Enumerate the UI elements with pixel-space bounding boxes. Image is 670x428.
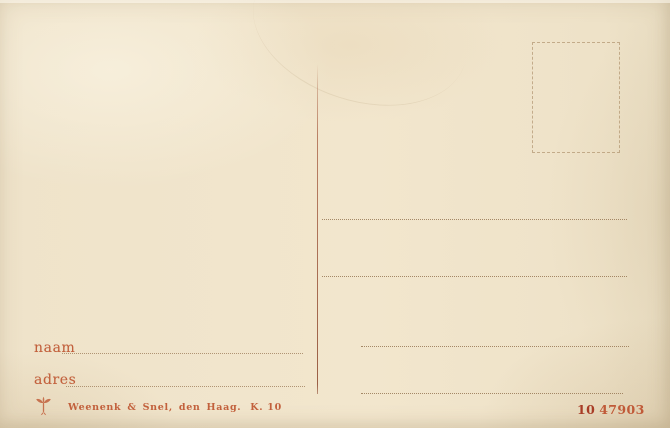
divider-line xyxy=(317,64,318,394)
adres-label: adres xyxy=(34,373,76,387)
address-line-1 xyxy=(322,219,627,220)
serial-prefix: 10 xyxy=(577,402,595,417)
adres-write-line xyxy=(66,386,305,387)
publisher-code: K. 10 xyxy=(250,403,282,413)
address-line-3 xyxy=(361,346,629,347)
publisher-name: Weenenk & Snel, den Haag. xyxy=(68,403,241,413)
serial-digits: 47903 xyxy=(599,402,645,417)
publisher-imprint: Weenenk & Snel, den Haag. K. 10 xyxy=(35,395,282,417)
serial-number: 1047903 xyxy=(577,404,645,417)
address-line-2 xyxy=(322,276,627,277)
weenenk-snel-monogram-icon xyxy=(35,396,52,416)
paper-crease xyxy=(234,0,487,132)
address-line-4 xyxy=(361,393,623,394)
naam-write-line xyxy=(62,353,303,354)
postcard-back: naam adres Weenenk & Snel, den Haag. K. … xyxy=(0,0,670,428)
stamp-box xyxy=(532,42,620,153)
